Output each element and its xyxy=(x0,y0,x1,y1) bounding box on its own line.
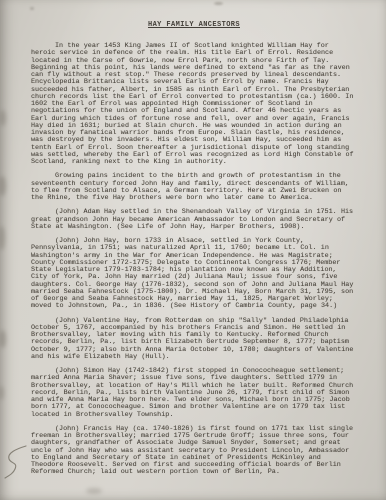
scan-smudge xyxy=(0,110,6,126)
scan-smudge xyxy=(0,386,4,400)
paragraph-simon-hay: (John) Simon Hay (1742-1842) first stopp… xyxy=(31,368,357,419)
scan-smudge xyxy=(86,488,102,494)
document-body: HAY FAMILY ANCESTORS In the year 1453 Ki… xyxy=(31,21,357,484)
scanned-document-page: HAY FAMILY ANCESTORS In the year 1453 Ki… xyxy=(0,0,386,500)
paragraph-earl-of-errol-history: In the year 1453 King James II of Scotla… xyxy=(31,43,357,166)
scan-smudge xyxy=(0,226,5,250)
scan-smudge xyxy=(0,176,6,196)
paragraph-adam-hay: (John) Adam Hay settled in the Shenandoa… xyxy=(31,209,357,231)
paragraph-john-hay: (John) John Hay, born 1733 in Alsace, se… xyxy=(31,238,357,311)
scan-smudge xyxy=(0,330,6,348)
scan-speck xyxy=(214,2,223,5)
paragraph-flight-to-alsace: Growing pains incident to the birth and … xyxy=(31,173,357,202)
paragraph-valentine-hay: (John) Valentine Hay, from Rotterdam on … xyxy=(31,318,357,362)
scan-speck xyxy=(30,7,34,10)
paragraph-francis-hay: (John) Francis Hay (ca. 1740-1826) is fi… xyxy=(31,426,357,477)
pencil-mark xyxy=(2,443,30,481)
document-title: HAY FAMILY ANCESTORS xyxy=(31,21,357,29)
